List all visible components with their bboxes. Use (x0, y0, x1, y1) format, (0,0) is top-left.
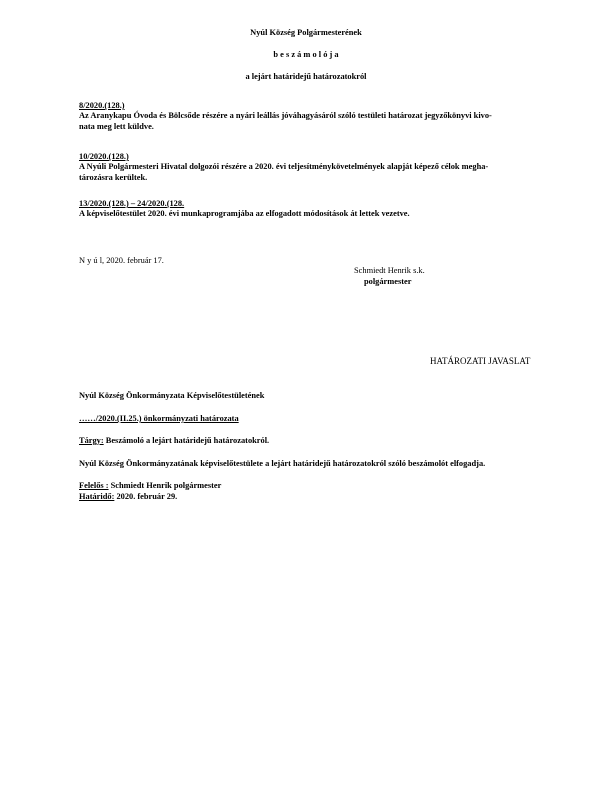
item-text-line: Az Aranykapu Óvoda és Bölcsőde részére a… (79, 111, 492, 122)
subject-label: Tárgy: (79, 436, 104, 445)
deadline-value: 2020. február 29. (114, 492, 177, 501)
proposal-heading: HATÁROZATI JAVASLAT (430, 356, 530, 367)
responsible-value: Schmiedt Henrik polgármester (109, 481, 222, 490)
item-text-line: nata meg lett küldve. (79, 122, 154, 133)
subject-text: Beszámoló a lejárt határidejű határozato… (104, 436, 269, 445)
item-ref: 13/2020.(128.) – 24/2020.(128. (79, 199, 184, 210)
item-text-line: A képviselőtestület 2020. évi munkaprogr… (79, 209, 410, 220)
item-ref: 8/2020.(128.) (79, 101, 125, 112)
deadline-line: Határidő: 2020. február 29. (79, 492, 177, 503)
responsible-line: Felelős : Schmiedt Henrik polgármester (79, 481, 221, 492)
deadline-label: Határidő: (79, 492, 114, 501)
resolution-number: ……/2020.(II.25.) önkormányzati határozat… (79, 414, 239, 425)
item-text-line: tározásra kerültek. (79, 173, 147, 184)
proposal-addressee: Nyúl Község Önkormányzata Képviselőtestü… (79, 391, 264, 402)
doc-subtitle: b e s z á m o l ó j a (0, 50, 612, 61)
doc-subject: a lejárt határidejű határozatokról (0, 72, 612, 83)
item-text-line: A Nyúli Polgármesteri Hivatal dolgozói r… (79, 162, 488, 173)
signature-name: Schmiedt Henrik s.k. (354, 266, 425, 277)
place-date: N y ú l, 2020. február 17. (79, 256, 164, 267)
signature-title: polgármester (364, 277, 411, 288)
subject-line: Tárgy: Beszámoló a lejárt határidejű hat… (79, 436, 269, 447)
item-ref: 10/2020.(128.) (79, 152, 129, 163)
responsible-label: Felelős : (79, 481, 109, 490)
proposal-body: Nyúl Község Önkormányzatának képviselőte… (79, 459, 485, 470)
doc-title: Nyúl Község Polgármesterének (0, 28, 612, 39)
